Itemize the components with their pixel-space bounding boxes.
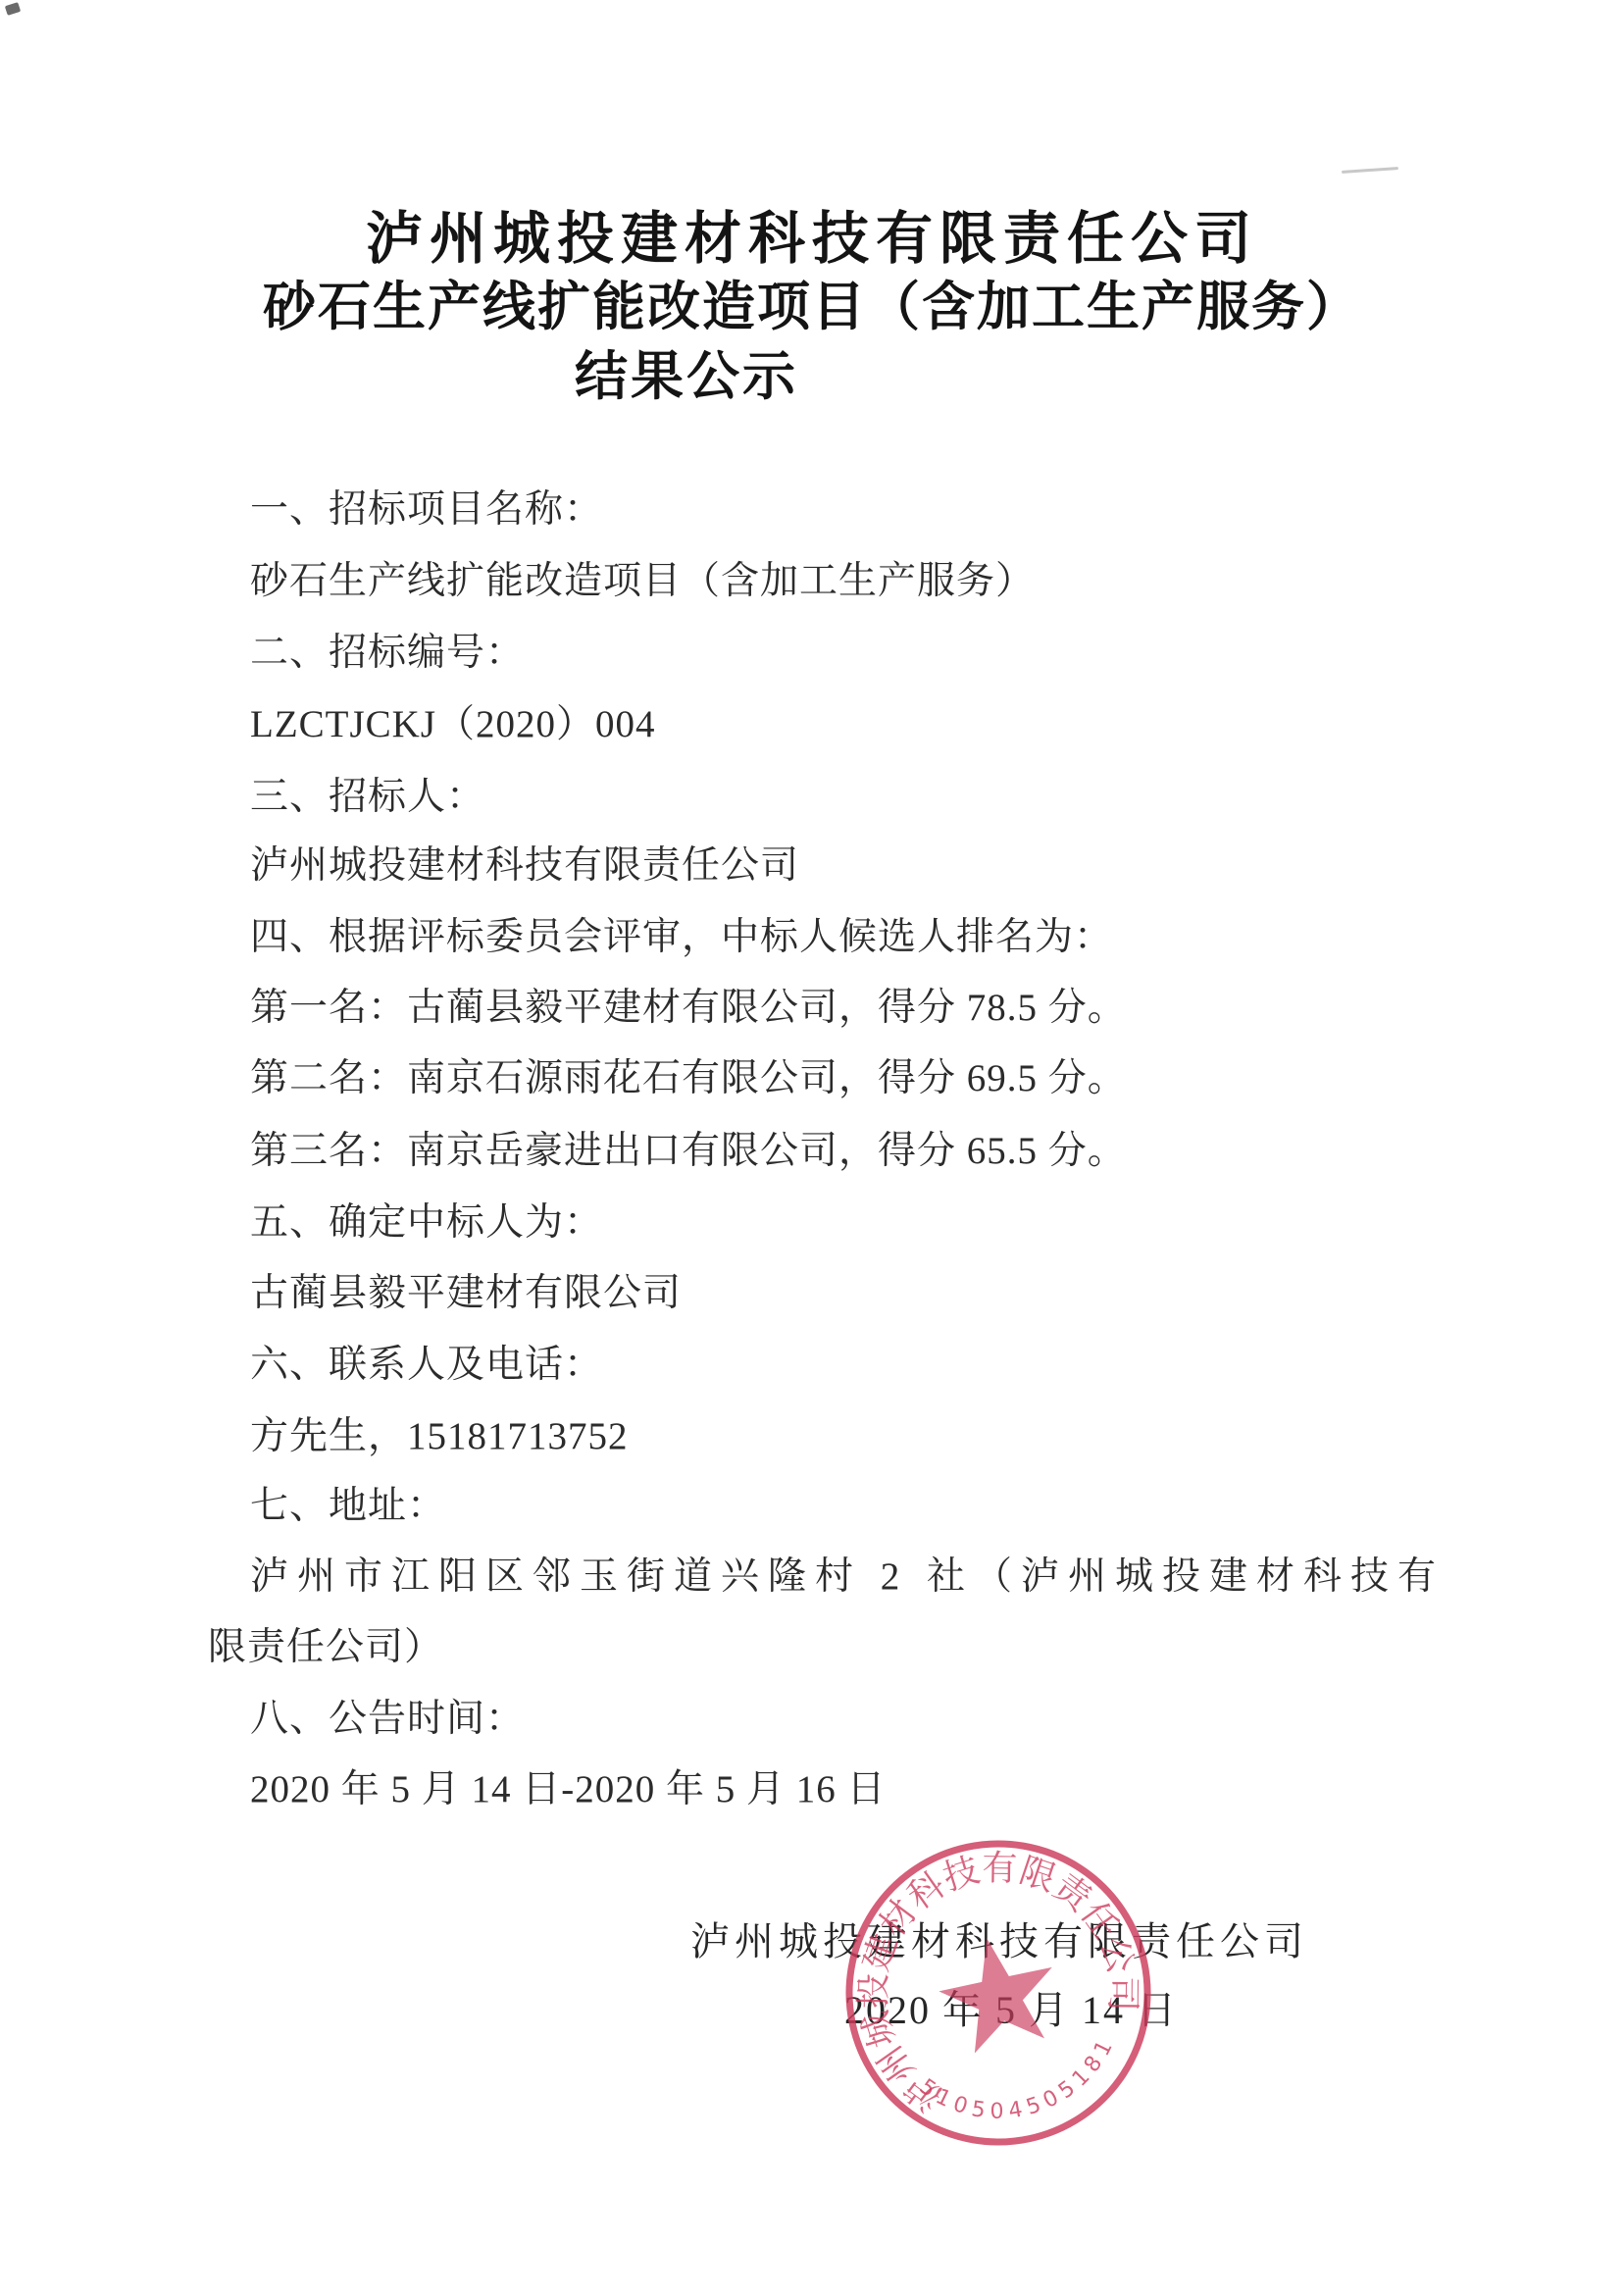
body-line-section6-heading: 六、联系人及电话： [208, 1343, 603, 1388]
body-line-section7-heading: 七、地址： [208, 1484, 446, 1529]
body-line-contact-phone: 方先生，15181713752 [208, 1414, 629, 1459]
signature-company-name: 泸州城投建材科技有限责任公司 [690, 1911, 1308, 1966]
body-line-section8-heading: 八、公告时间： [208, 1697, 525, 1742]
body-line-section2-heading: 二、招标编号： [208, 631, 525, 676]
body-line-section4-heading: 四、根据评标委员会评审，中标人候选人排名为： [208, 915, 1113, 960]
document-title-result: 结果公示 [471, 334, 902, 410]
body-line-candidate-2: 第二名：南京石源雨花石有限公司，得分 69.5 分。 [208, 1056, 1127, 1101]
seal-company-arc-text: 泸州城投建材科技有限责任公司 [826, 1820, 1162, 2128]
seal-company-arc-text-wrap: 泸州城投建材科技有限责任公司 [826, 1820, 1162, 2128]
body-line-section5-heading: 五、确定中标人为： [208, 1200, 603, 1246]
scan-artifact-dash [1342, 167, 1398, 174]
body-line-announcement-dates: 2020 年 5 月 14 日-2020 年 5 月 16 日 [208, 1767, 887, 1812]
body-line-tender-number: LZCTJCKJ（2020）004 [208, 702, 656, 747]
document-title-project: 砂石生产线扩能改造项目（含加工生产服务） [0, 265, 1624, 340]
signature-date: 2020 年 5 月 14 日 [844, 1979, 1178, 2035]
body-line-address-1: 泸州市江阳区邻玉街道兴隆村 2 社（泸州城投建材科技有 [208, 1554, 1445, 1600]
scan-artifact-corner [5, 2, 21, 16]
body-line-candidate-1: 第一名：古蔺县毅平建材有限公司，得分 78.5 分。 [208, 986, 1127, 1031]
body-line-winner-name: 古蔺县毅平建材有限公司 [208, 1271, 682, 1316]
body-line-candidate-3: 第三名：南京岳豪进出口有限公司，得分 65.5 分。 [208, 1129, 1127, 1174]
body-line-section1-heading: 一、招标项目名称： [208, 487, 603, 533]
document-title-company: 泸州城投建材科技有限责任公司 [0, 192, 1624, 275]
body-line-section3-heading: 三、招标人： [208, 775, 485, 820]
body-line-address-2: 限责任公司） [208, 1625, 443, 1670]
body-line-project-name: 砂石生产线扩能改造项目（含加工生产服务） [208, 559, 1035, 604]
scanned-document-page: 泸州城投建材科技有限责任公司 砂石生产线扩能改造项目（含加工生产服务） 结果公示… [0, 0, 1624, 2293]
body-line-tenderer-name: 泸州城投建材科技有限责任公司 [208, 843, 799, 889]
